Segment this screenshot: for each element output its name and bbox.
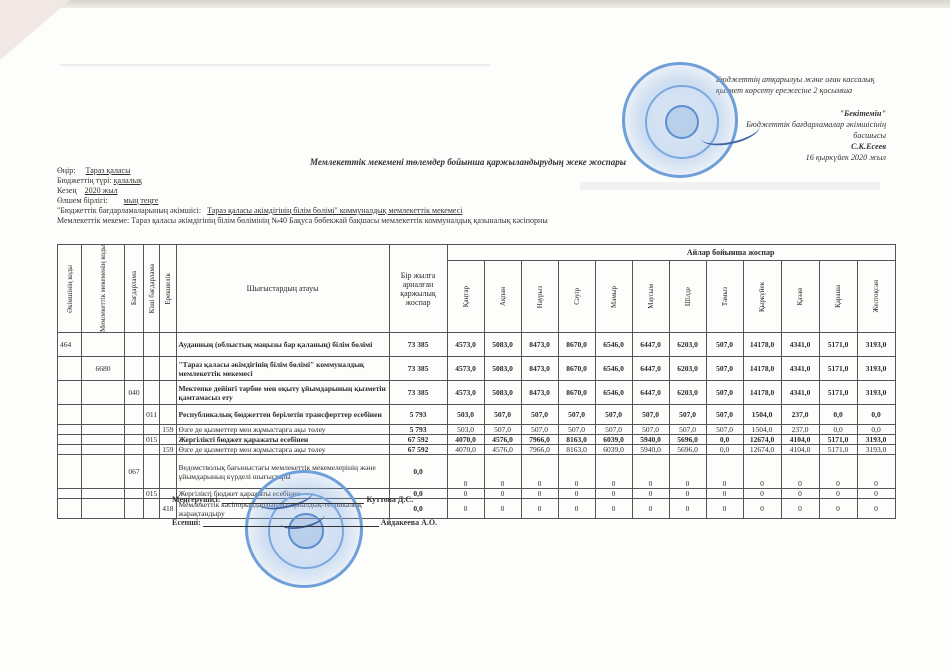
month-value-cell: 0: [669, 489, 706, 499]
code-cell: 159: [160, 425, 176, 435]
code-cell: [160, 455, 176, 489]
manager-name: Куттова Д.С.: [366, 495, 413, 504]
month-value-cell: 0: [558, 499, 595, 519]
code-cell: [82, 499, 125, 519]
month-value-cell: 4104,0: [781, 445, 819, 455]
code-cell: [58, 499, 82, 519]
col-specifics: Ерекшелік: [160, 245, 176, 333]
accountant-name: Айдакеева А.О.: [381, 518, 437, 527]
month-value-cell: 8163,0: [558, 435, 595, 445]
annex-line-1: Бюджеттің атқарылуы және оған кассалық: [716, 74, 886, 85]
meta-budget-type: Бюджеттің түрі: қалалық: [57, 176, 142, 186]
approval-date: 16 қыркүйек 2020 жыл: [716, 152, 886, 163]
annual-total-cell: 73 385: [389, 381, 447, 405]
code-cell: [82, 435, 125, 445]
annual-total-cell: 73 385: [389, 357, 447, 381]
month-value-cell: 0,0: [819, 405, 857, 425]
table-row: 067Ведомстволық бағыныстағы мемлекеттік …: [58, 455, 896, 489]
month-value-cell: 4341,0: [781, 333, 819, 357]
table-row: 159Өзге де қызметтер мен жұмыстарға ақы …: [58, 445, 896, 455]
month-value-cell: 6039,0: [595, 445, 632, 455]
month-value-cell: 0: [521, 455, 558, 489]
month-value-cell: 0: [819, 499, 857, 519]
code-cell: 464: [58, 333, 82, 357]
month-value-cell: 0: [706, 489, 743, 499]
col-month: Қыркүйек: [743, 261, 781, 333]
col-month: Ақпан: [484, 261, 521, 333]
month-value-cell: 0: [558, 455, 595, 489]
month-value-cell: 3193,0: [857, 357, 895, 381]
month-value-cell: 8473,0: [521, 333, 558, 357]
month-value-cell: 507,0: [706, 381, 743, 405]
month-value-cell: 0: [781, 499, 819, 519]
code-cell: [58, 489, 82, 499]
document-title: Мемлекеттік мекемені төлемдер бойынша қа…: [310, 157, 626, 167]
month-value-cell: 8473,0: [521, 357, 558, 381]
month-value-cell: 6546,0: [595, 357, 632, 381]
month-value-cell: 3193,0: [857, 445, 895, 455]
code-cell: [144, 333, 160, 357]
month-value-cell: 0,0: [857, 405, 895, 425]
annual-total-cell: 0,0: [389, 455, 447, 489]
code-cell: [58, 405, 82, 425]
month-value-cell: 0: [706, 455, 743, 489]
month-value-cell: 3193,0: [857, 333, 895, 357]
accountant-sign-line: [203, 526, 379, 527]
code-cell: [125, 405, 144, 425]
month-value-cell: 503,0: [447, 425, 484, 435]
col-month: Желтоқсан: [857, 261, 895, 333]
month-value-cell: 5171,0: [819, 357, 857, 381]
code-cell: [125, 435, 144, 445]
accountant-sign-row: Есепші: Айдакеева А.О.: [172, 518, 437, 527]
month-value-cell: 507,0: [484, 405, 521, 425]
month-value-cell: 8670,0: [558, 357, 595, 381]
code-cell: [144, 445, 160, 455]
month-value-cell: 0: [632, 455, 669, 489]
admin-value: Тараз қаласы әкімдігінің білім бөлімі" к…: [207, 206, 462, 215]
institution-value: Тараз қаласы әкімдігінің білім бөлімінің…: [131, 216, 548, 225]
annex-line-2: қызмет көрсету ережесіне 2 қосымша: [716, 85, 886, 96]
code-cell: [58, 357, 82, 381]
month-value-cell: 5083,0: [484, 357, 521, 381]
month-value-cell: 8670,0: [558, 333, 595, 357]
col-subprogram: Кіші бағдарлама: [144, 245, 160, 333]
col-months-group: Айлар бойынша жоспар: [447, 245, 895, 261]
code-cell: [58, 455, 82, 489]
month-value-cell: 0: [632, 499, 669, 519]
bleed-through-line: [60, 64, 490, 66]
code-cell: [125, 357, 144, 381]
month-value-cell: 0: [595, 455, 632, 489]
col-month: Қаңтар: [447, 261, 484, 333]
scan-top-edge: [0, 0, 950, 8]
month-value-cell: 507,0: [706, 405, 743, 425]
month-value-cell: 0: [743, 455, 781, 489]
code-cell: [160, 357, 176, 381]
expense-name: "Тараз қаласы әкімдігінің білім бөлімі" …: [176, 357, 389, 381]
month-value-cell: 4104,0: [781, 435, 819, 445]
month-value-cell: 507,0: [669, 425, 706, 435]
col-inst-code: Мемлекеттік мекеменің коды: [82, 245, 125, 333]
month-value-cell: 5083,0: [484, 381, 521, 405]
month-value-cell: 14178,0: [743, 381, 781, 405]
month-value-cell: 8163,0: [558, 445, 595, 455]
table-row: 011Республикалық бюджеттен берілетін тра…: [58, 405, 896, 425]
month-value-cell: 507,0: [706, 425, 743, 435]
month-value-cell: 5083,0: [484, 333, 521, 357]
table-row: 040Мектепке дейінгі тәрбие мен оқыту ұйы…: [58, 381, 896, 405]
code-cell: [125, 489, 144, 499]
period-value: 2020 жыл: [85, 186, 118, 195]
code-cell: [82, 455, 125, 489]
month-value-cell: 4070,0: [447, 445, 484, 455]
code-cell: [125, 425, 144, 435]
month-value-cell: 6546,0: [595, 381, 632, 405]
meta-period: Кезең 2020 жыл: [57, 186, 118, 196]
meta-institution: Мемлекеттік мекеме: Тараз қаласы әкімдіг…: [57, 216, 548, 226]
table-row: 159Өзге де қызметтер мен жұмыстарға ақы …: [58, 425, 896, 435]
code-cell: [82, 333, 125, 357]
col-name: Шығыстардың атауы: [176, 245, 389, 333]
budget-type-value: қалалық: [114, 176, 142, 185]
code-cell: [58, 425, 82, 435]
annual-total-cell: 67 592: [389, 435, 447, 445]
month-value-cell: 0: [857, 499, 895, 519]
month-value-cell: 1504,0: [743, 425, 781, 435]
month-value-cell: 5940,0: [632, 445, 669, 455]
month-value-cell: 0: [669, 499, 706, 519]
code-cell: [82, 489, 125, 499]
month-value-cell: 6203,0: [669, 381, 706, 405]
month-value-cell: 14178,0: [743, 357, 781, 381]
code-cell: [58, 435, 82, 445]
col-month: Сәуір: [558, 261, 595, 333]
col-month: Мамыр: [595, 261, 632, 333]
meta-admin: "Бюджеттік бағдарламаларының әкімшісі: Т…: [57, 206, 462, 216]
code-cell: [82, 381, 125, 405]
code-cell: [144, 381, 160, 405]
code-cell: [160, 381, 176, 405]
month-value-cell: 0: [706, 499, 743, 519]
month-value-cell: 6039,0: [595, 435, 632, 445]
month-value-cell: 507,0: [669, 405, 706, 425]
col-month: Шілде: [669, 261, 706, 333]
code-cell: [58, 381, 82, 405]
code-cell: 011: [144, 405, 160, 425]
code-cell: 6680: [82, 357, 125, 381]
annual-total-cell: 73 385: [389, 333, 447, 357]
month-value-cell: 6546,0: [595, 333, 632, 357]
month-value-cell: 237,0: [781, 425, 819, 435]
month-value-cell: 4070,0: [447, 435, 484, 445]
code-cell: [82, 405, 125, 425]
month-value-cell: 4576,0: [484, 445, 521, 455]
col-month: Наурыз: [521, 261, 558, 333]
month-value-cell: 7966,0: [521, 445, 558, 455]
month-value-cell: 237,0: [781, 405, 819, 425]
month-value-cell: 4341,0: [781, 357, 819, 381]
official-stamp-top: [622, 62, 738, 178]
col-month: Қазан: [781, 261, 819, 333]
month-value-cell: 507,0: [595, 405, 632, 425]
month-value-cell: 0: [484, 499, 521, 519]
month-value-cell: 12674,0: [743, 435, 781, 445]
expense-name: Өзге де қызметтер мен жұмыстарға ақы төл…: [176, 425, 389, 435]
expense-name: Ауданның (облыстық маңызы бар қаланың) б…: [176, 333, 389, 357]
month-value-cell: 6203,0: [669, 357, 706, 381]
month-value-cell: 4341,0: [781, 381, 819, 405]
month-value-cell: 0: [781, 489, 819, 499]
col-func-code: Әкімшінің коды: [58, 245, 82, 333]
code-cell: [144, 357, 160, 381]
col-month: Қараша: [819, 261, 857, 333]
annual-total-cell: 5 793: [389, 405, 447, 425]
month-value-cell: 4573,0: [447, 357, 484, 381]
month-value-cell: 4573,0: [447, 333, 484, 357]
code-cell: [160, 333, 176, 357]
code-cell: [82, 425, 125, 435]
month-value-cell: 0: [484, 489, 521, 499]
code-cell: 040: [125, 381, 144, 405]
financing-plan-table: Әкімшінің коды Мемлекеттік мекеменің код…: [57, 244, 896, 519]
manager-sign-line: [222, 503, 364, 504]
month-value-cell: 5171,0: [819, 445, 857, 455]
expense-name: Мектепке дейінгі тәрбие мен оқыту ұйымда…: [176, 381, 389, 405]
expense-name: Өзге де қызметтер мен жұмыстарға ақы төл…: [176, 445, 389, 455]
month-value-cell: 0: [447, 489, 484, 499]
table-row: 015Жергілікті бюджет қаражаты есебінен67…: [58, 435, 896, 445]
manager-sign-row: Меңгерушісі: Куттова Д.С.: [172, 495, 413, 504]
month-value-cell: 6447,0: [632, 333, 669, 357]
month-value-cell: 0: [669, 455, 706, 489]
code-cell: [58, 445, 82, 455]
month-value-cell: 0: [857, 489, 895, 499]
manager-label: Меңгерушісі:: [172, 495, 220, 504]
accountant-label: Есепші:: [172, 518, 201, 527]
month-value-cell: 0: [743, 499, 781, 519]
month-value-cell: 4576,0: [484, 435, 521, 445]
code-cell: 067: [125, 455, 144, 489]
month-value-cell: 0: [781, 455, 819, 489]
month-value-cell: 1504,0: [743, 405, 781, 425]
table-row: 6680"Тараз қаласы әкімдігінің білім бөлі…: [58, 357, 896, 381]
month-value-cell: 507,0: [706, 333, 743, 357]
code-cell: [160, 405, 176, 425]
expense-name: Республикалық бюджеттен берілетін трансф…: [176, 405, 389, 425]
month-value-cell: 7966,0: [521, 435, 558, 445]
code-cell: [125, 445, 144, 455]
col-program: Бағдарлама: [125, 245, 144, 333]
month-value-cell: 5171,0: [819, 381, 857, 405]
month-value-cell: 0: [558, 489, 595, 499]
month-value-cell: 0: [743, 489, 781, 499]
code-cell: 015: [144, 489, 160, 499]
month-value-cell: 0: [484, 455, 521, 489]
code-cell: [125, 499, 144, 519]
code-cell: [82, 445, 125, 455]
approve-label: "Бекітемін": [716, 108, 886, 119]
month-value-cell: 507,0: [521, 405, 558, 425]
code-cell: [144, 455, 160, 489]
month-value-cell: 3193,0: [857, 381, 895, 405]
month-value-cell: 6447,0: [632, 357, 669, 381]
code-cell: [144, 499, 160, 519]
unit-value: мың теңге: [124, 196, 159, 205]
month-value-cell: 6203,0: [669, 333, 706, 357]
month-value-cell: 507,0: [595, 425, 632, 435]
month-value-cell: 8670,0: [558, 381, 595, 405]
scan-corner-shadow: [0, 0, 70, 60]
code-cell: 159: [160, 445, 176, 455]
month-value-cell: 0: [521, 499, 558, 519]
code-cell: [125, 333, 144, 357]
bleed-through-line: [580, 182, 880, 190]
month-value-cell: 507,0: [484, 425, 521, 435]
month-value-cell: 0: [595, 499, 632, 519]
month-value-cell: 0,0: [706, 435, 743, 445]
month-value-cell: 507,0: [558, 405, 595, 425]
month-value-cell: 0: [447, 455, 484, 489]
month-value-cell: 507,0: [632, 405, 669, 425]
month-value-cell: 0,0: [819, 425, 857, 435]
col-month: Маусым: [632, 261, 669, 333]
month-value-cell: 12674,0: [743, 445, 781, 455]
meta-unit: Өлшем бірлігі: мың теңге: [57, 196, 158, 206]
meta-region: Өңір: Тараз қаласы: [57, 166, 130, 176]
month-value-cell: 5171,0: [819, 435, 857, 445]
expense-name: Жергілікті бюджет қаражаты есебінен: [176, 435, 389, 445]
code-cell: [160, 435, 176, 445]
annual-total-cell: 67 592: [389, 445, 447, 455]
region-value: Тараз қаласы: [86, 166, 131, 175]
code-cell: [144, 425, 160, 435]
month-value-cell: 0: [595, 489, 632, 499]
month-value-cell: 5171,0: [819, 333, 857, 357]
month-value-cell: 5696,0: [669, 445, 706, 455]
month-value-cell: 5696,0: [669, 435, 706, 445]
month-value-cell: 8473,0: [521, 381, 558, 405]
month-value-cell: 0: [521, 489, 558, 499]
month-value-cell: 503,0: [447, 405, 484, 425]
month-value-cell: 0,0: [857, 425, 895, 435]
table-row: 464Ауданның (облыстық маңызы бар қаланың…: [58, 333, 896, 357]
approver-name: С.К.Есеев: [716, 141, 886, 152]
month-value-cell: 0: [819, 489, 857, 499]
month-value-cell: 0: [857, 455, 895, 489]
month-value-cell: 14178,0: [743, 333, 781, 357]
month-value-cell: 3193,0: [857, 435, 895, 445]
month-value-cell: 0: [632, 489, 669, 499]
month-value-cell: 507,0: [632, 425, 669, 435]
month-value-cell: 4573,0: [447, 381, 484, 405]
month-value-cell: 507,0: [558, 425, 595, 435]
month-value-cell: 6447,0: [632, 381, 669, 405]
month-value-cell: 0: [819, 455, 857, 489]
col-month: Тамыз: [706, 261, 743, 333]
annual-total-cell: 5 793: [389, 425, 447, 435]
month-value-cell: 507,0: [521, 425, 558, 435]
col-annual-total: Бір жылға арналған қаржылық жоспар: [389, 245, 447, 333]
month-value-cell: 0,0: [706, 445, 743, 455]
code-cell: 015: [144, 435, 160, 445]
month-value-cell: 5940,0: [632, 435, 669, 445]
month-value-cell: 507,0: [706, 357, 743, 381]
month-value-cell: 0: [447, 499, 484, 519]
